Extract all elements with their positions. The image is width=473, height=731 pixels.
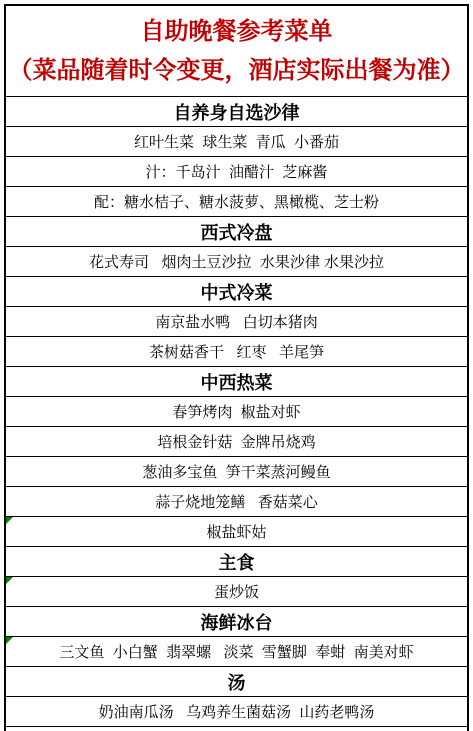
- row-text: 中西热菜: [201, 369, 273, 395]
- item-row: 配：糖水桔子、糖水菠萝、黑橄榄、芝士粉: [6, 187, 467, 217]
- row-text: 培根金针菇 金牌吊烧鸡: [157, 431, 315, 452]
- section-row: 汤: [6, 667, 467, 697]
- item-row: 培根金针菇 金牌吊烧鸡: [6, 427, 467, 457]
- menu-title-cell: 自助晚餐参考菜单 （菜品随着时令变更，酒店实际出餐为准）: [6, 6, 467, 97]
- row-text: 葱油多宝鱼 笋干菜蒸河鳗鱼: [142, 461, 330, 482]
- row-text: 配：糖水桔子、糖水菠萝、黑橄榄、芝士粉: [94, 191, 379, 212]
- row-text: 主食: [219, 549, 255, 575]
- item-row: 茶树菇香干 红枣 羊尾笋: [6, 337, 467, 367]
- section-row: 中西热菜: [6, 367, 467, 397]
- item-row: 春笋烤肉 椒盐对虾: [6, 397, 467, 427]
- row-text: 南京盐水鸭 白切本猪肉: [155, 311, 318, 332]
- row-text: 蛋炒饭: [214, 581, 259, 602]
- row-text: 海鲜冰台: [201, 609, 273, 635]
- row-text: 汁：千岛汁 油醋汁 芝麻酱: [146, 161, 328, 182]
- item-row: 红叶生菜 球生菜 青瓜 小番茄: [6, 127, 467, 157]
- cell-flag-icon: [6, 577, 13, 584]
- item-row: 葱油多宝鱼 笋干菜蒸河鳗鱼: [6, 457, 467, 487]
- section-row: 主食: [6, 547, 467, 577]
- row-text: 茶树菇香干 红枣 羊尾笋: [149, 341, 324, 362]
- row-text: 蒜子烧地笼鳝 香菇菜心: [155, 491, 318, 512]
- cell-flag-icon: [6, 517, 13, 524]
- section-row: 海鲜冰台: [6, 607, 467, 637]
- cell-flag-icon: [6, 637, 13, 644]
- item-row: 椒盐虾姑: [6, 517, 467, 547]
- item-row: 三文鱼 小白蟹 翡翠螺 淡菜 雪蟹脚 奉蚶 南美对虾: [6, 637, 467, 667]
- item-row: 蛋炒饭: [6, 577, 467, 607]
- row-text: 三文鱼 小白蟹 翡翠螺 淡菜 雪蟹脚 奉蚶 南美对虾: [59, 641, 413, 662]
- menu-rows: 自养身自选沙律红叶生菜 球生菜 青瓜 小番茄汁：千岛汁 油醋汁 芝麻酱配：糖水桔…: [6, 97, 467, 727]
- row-text: 椒盐虾姑: [206, 521, 266, 542]
- item-row: 汁：千岛汁 油醋汁 芝麻酱: [6, 157, 467, 187]
- row-text: 春笋烤肉 椒盐对虾: [172, 401, 300, 422]
- item-row: 南京盐水鸭 白切本猪肉: [6, 307, 467, 337]
- row-text: 红叶生菜 球生菜 青瓜 小番茄: [134, 131, 339, 152]
- row-text: 汤: [228, 669, 246, 695]
- menu-table: 自助晚餐参考菜单 （菜品随着时令变更，酒店实际出餐为准） 自养身自选沙律红叶生菜…: [4, 4, 469, 731]
- partial-row: [6, 727, 467, 731]
- row-text: 花式寿司 烟肉土豆沙拉 水果沙律 水果沙拉: [89, 251, 384, 272]
- row-text: 中式冷菜: [201, 279, 273, 305]
- item-row: 奶油南瓜汤 乌鸡养生菌菇汤 山药老鸭汤: [6, 697, 467, 727]
- menu-title-line2: （菜品随着时令变更，酒店实际出餐为准）: [9, 51, 465, 90]
- item-row: 花式寿司 烟肉土豆沙拉 水果沙律 水果沙拉: [6, 247, 467, 277]
- row-text: 奶油南瓜汤 乌鸡养生菌菇汤 山药老鸭汤: [99, 701, 375, 722]
- row-text: 自养身自选沙律: [174, 99, 300, 125]
- page: 自助晚餐参考菜单 （菜品随着时令变更，酒店实际出餐为准） 自养身自选沙律红叶生菜…: [0, 0, 473, 731]
- menu-title-line1: 自助晚餐参考菜单: [141, 12, 333, 51]
- section-row: 自养身自选沙律: [6, 97, 467, 127]
- row-text: 西式冷盘: [201, 219, 273, 245]
- section-row: 西式冷盘: [6, 217, 467, 247]
- section-row: 中式冷菜: [6, 277, 467, 307]
- item-row: 蒜子烧地笼鳝 香菇菜心: [6, 487, 467, 517]
